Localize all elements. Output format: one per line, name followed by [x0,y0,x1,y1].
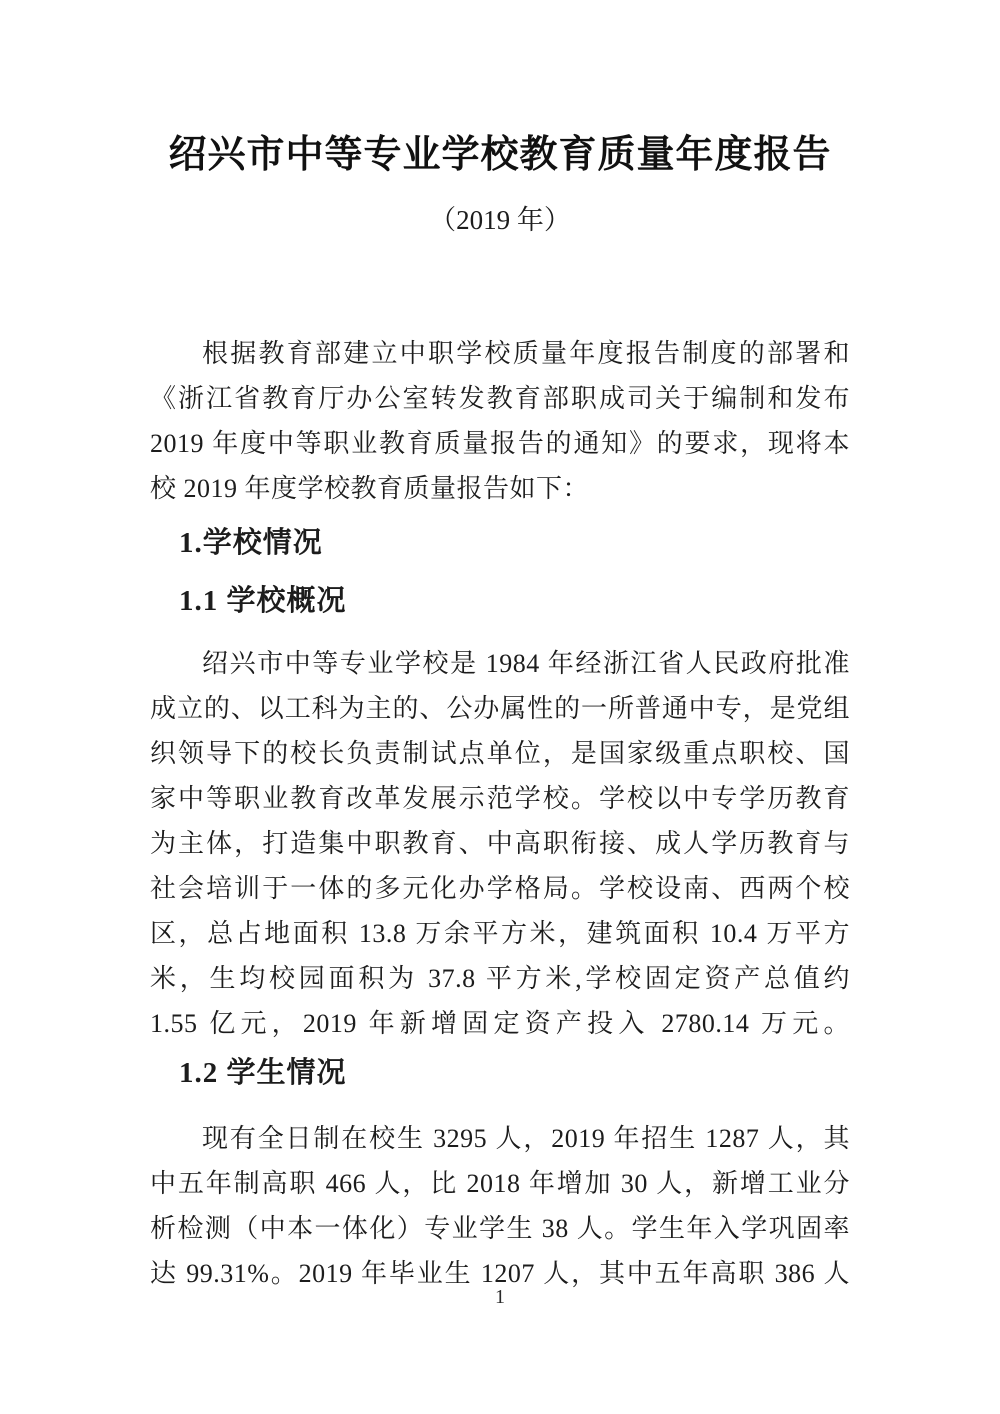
page-content: 绍兴市中等专业学校教育质量年度报告 （2019 年） 根据教育部建立中职学校质量… [150,0,850,1296]
paragraph-line: 成立的、以工科为主的、公办属性的一所普通中专，是党组 [150,686,850,731]
paragraph-line: 1.55 亿元，2019 年新增固定资产投入 2780.14 万元。 [150,1001,850,1046]
paragraph-line: 家中等职业教育改革发展示范学校。学校以中专学历教育 [150,776,850,821]
paragraph-line: 织领导下的校长负责制试点单位，是国家级重点职校、国 [150,731,850,776]
paragraph-line: 绍兴市中等专业学校是 1984 年经浙江省人民政府批准 [150,641,850,686]
paragraph-line: 现有全日制在校生 3295 人，2019 年招生 1287 人，其 [150,1116,850,1161]
paragraph-line: 校 2019 年度学校教育质量报告如下： [150,466,850,511]
intro-paragraph: 根据教育部建立中职学校质量年度报告制度的部署和 《浙江省教育厅办公室转发教育部职… [150,331,850,511]
paragraph-line: 为主体，打造集中职教育、中高职衔接、成人学历教育与 [150,821,850,866]
paragraph-line: 《浙江省教育厅办公室转发教育部职成司关于编制和发布 [150,376,850,421]
section-heading-student-situation: 1.2 学生情况 [150,1050,850,1096]
section-heading-school-profile: 1.1 学校概况 [150,578,850,624]
paragraph-line: 析检测（中本一体化）专业学生 38 人。学生年入学巩固率 [150,1206,850,1251]
school-profile-paragraph: 绍兴市中等专业学校是 1984 年经浙江省人民政府批准 成立的、以工科为主的、公… [150,641,850,1046]
paragraph-line: 根据教育部建立中职学校质量年度报告制度的部署和 [150,331,850,376]
paragraph-line: 区，总占地面积 13.8 万余平方米，建筑面积 10.4 万平方 [150,911,850,956]
document-page: 绍兴市中等专业学校教育质量年度报告 （2019 年） 根据教育部建立中职学校质量… [0,0,1000,1414]
report-subtitle: （2019 年） [150,199,850,241]
paragraph-line: 米，生均校园面积为 37.8 平方米,学校固定资产总值约 [150,956,850,1001]
student-situation-paragraph: 现有全日制在校生 3295 人，2019 年招生 1287 人，其 中五年制高职… [150,1116,850,1296]
page-number: 1 [0,1282,1000,1312]
report-title: 绍兴市中等专业学校教育质量年度报告 [150,127,850,183]
paragraph-line: 2019 年度中等职业教育质量报告的通知》的要求，现将本 [150,421,850,466]
paragraph-line: 中五年制高职 466 人，比 2018 年增加 30 人，新增工业分 [150,1161,850,1206]
paragraph-line: 社会培训于一体的多元化办学格局。学校设南、西两个校 [150,866,850,911]
section-heading-school-overview: 1.学校情况 [150,520,850,566]
